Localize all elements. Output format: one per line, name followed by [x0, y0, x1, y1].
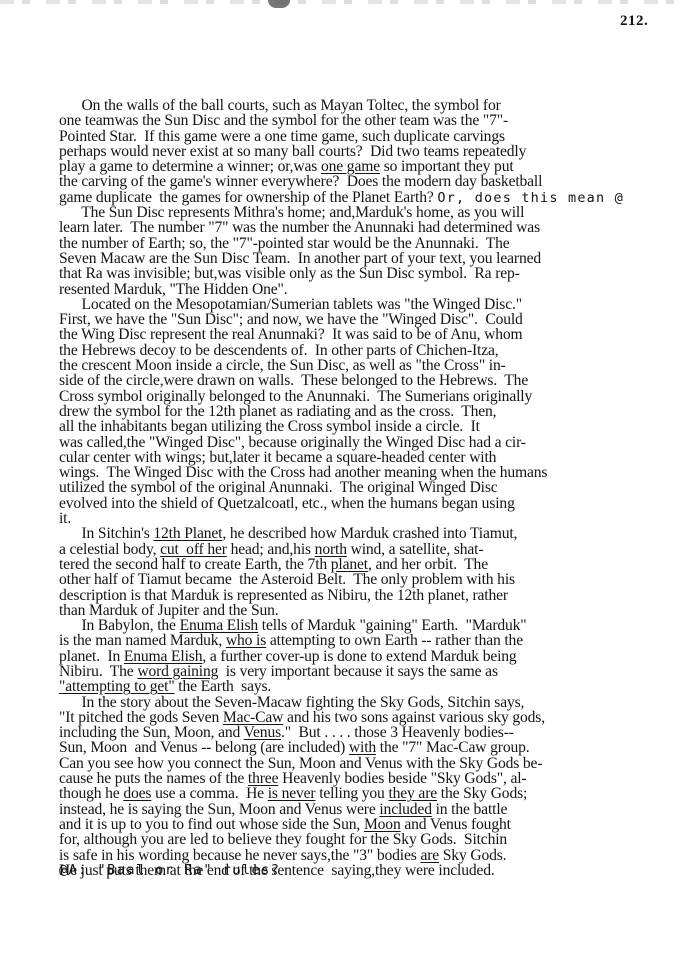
text-line: drew the symbol for the 12th planet as r…: [59, 404, 689, 419]
text-line: other half of Tiamut became the Asteroid…: [59, 572, 689, 587]
text-line: game duplicate the games for ownership o…: [59, 190, 689, 205]
text-line: the carving of the game's winner everywh…: [59, 174, 689, 189]
text-line: wings. The Winged Disc with the Cross ha…: [59, 465, 689, 480]
scan-ink-blot: [268, 0, 290, 8]
text-line: side of the circle,were drawn on walls. …: [59, 373, 689, 388]
text-line: Pointed Star. If this game were a one ti…: [59, 129, 689, 144]
text-line: play a game to determine a winner; or,wa…: [59, 159, 689, 174]
text-line: evolved into the shield of Quetzalcoatl,…: [59, 496, 689, 511]
text-line: one teamwas the Sun Disc and the symbol …: [59, 113, 689, 128]
text-line: perhaps would never exist at so many bal…: [59, 144, 689, 159]
text-run: evolved into the shield of Quetzalcoatl,…: [59, 495, 515, 512]
text-line: The Sun Disc represents Mithra's home; a…: [59, 205, 689, 220]
text-line: Sun, Moon and Venus -- belong (are inclu…: [59, 740, 689, 755]
page-number: 212.: [620, 13, 648, 30]
text-line: In Babylon, the Enuma Elish tells of Mar…: [59, 618, 689, 633]
document-body: On the walls of the ball courts, such as…: [59, 98, 689, 878]
paragraph: In the story about the Seven-Macaw fight…: [59, 695, 689, 879]
paragraph: On the walls of the ball courts, such as…: [59, 98, 689, 205]
text-line: "attempting to get" the Earth says.: [59, 679, 689, 694]
text-line: that Ra was invisible; but,was visible o…: [59, 266, 689, 281]
text-line: for, although you are led to believe the…: [59, 832, 689, 847]
text-line: Nibiru. The word gaining is very importa…: [59, 664, 689, 679]
text-line: planet. In Enuma Elish, a further cover-…: [59, 649, 689, 664]
text-line: cause he puts the names of the three Hea…: [59, 771, 689, 786]
text-line: Can you see how you connect the Sun, Moo…: [59, 756, 689, 771]
text-line: utilized the symbol of the original Anun…: [59, 480, 689, 495]
text-line: the crescent Moon inside a circle, the S…: [59, 358, 689, 373]
text-line: learn later. The number "7" was the numb…: [59, 220, 689, 235]
typed-annotation: @A: "Baal or Ra" rules?: [59, 862, 280, 878]
text-line: a celestial body, cut off her head; and,…: [59, 542, 689, 557]
text-line: In the story about the Seven-Macaw fight…: [59, 695, 689, 710]
text-line: the Wing Disc represent the real Anunnak…: [59, 327, 689, 342]
text-line: Cross symbol originally belonged to the …: [59, 389, 689, 404]
text-line: instead, he is saying the Sun, Moon and …: [59, 802, 689, 817]
text-line: it.: [59, 511, 689, 526]
scan-top-edge-noise: [0, 0, 689, 4]
text-line: Seven Macaw are the Sun Disc Team. In an…: [59, 251, 689, 266]
text-line: including the Sun, Moon, and Venus." But…: [59, 725, 689, 740]
text-line: and it is up to you to find out whose si…: [59, 817, 689, 832]
text-line: is safe in his wording because he never …: [59, 848, 689, 863]
text-line: Located on the Mesopotamian/Sumerian tab…: [59, 297, 689, 312]
paragraph: The Sun Disc represents Mithra's home; a…: [59, 205, 689, 297]
text-line: tered the second half to create Earth, t…: [59, 557, 689, 572]
text-line: all the inhabitants began utilizing the …: [59, 419, 689, 434]
text-line: the number of Earth; so, the "7"-pointed…: [59, 236, 689, 251]
text-line: is the man named Marduk, who is attempti…: [59, 633, 689, 648]
text-line: On the walls of the ball courts, such as…: [59, 98, 689, 113]
paragraph: In Babylon, the Enuma Elish tells of Mar…: [59, 618, 689, 694]
text-line: the Hebrews decoy to be descendents of. …: [59, 343, 689, 358]
text-line: cular center with wings; but,later it be…: [59, 450, 689, 465]
text-line: First, we have the "Sun Disc"; and now, …: [59, 312, 689, 327]
paragraph: In Sitchin's 12th Planet, he described h…: [59, 526, 689, 618]
paragraph: Located on the Mesopotamian/Sumerian tab…: [59, 297, 689, 526]
text-line: description is that Marduk is represente…: [59, 588, 689, 603]
text-line: "It pitched the gods Seven Mac-Caw and h…: [59, 710, 689, 725]
text-line: In Sitchin's 12th Planet, he described h…: [59, 526, 689, 541]
text-line: was called,the "Winged Disc", because or…: [59, 435, 689, 450]
text-line: than Marduk of Jupiter and the Sun.: [59, 603, 689, 618]
text-line: resented Marduk, "The Hidden One".: [59, 282, 689, 297]
text-line: though he does use a comma. He is never …: [59, 786, 689, 801]
